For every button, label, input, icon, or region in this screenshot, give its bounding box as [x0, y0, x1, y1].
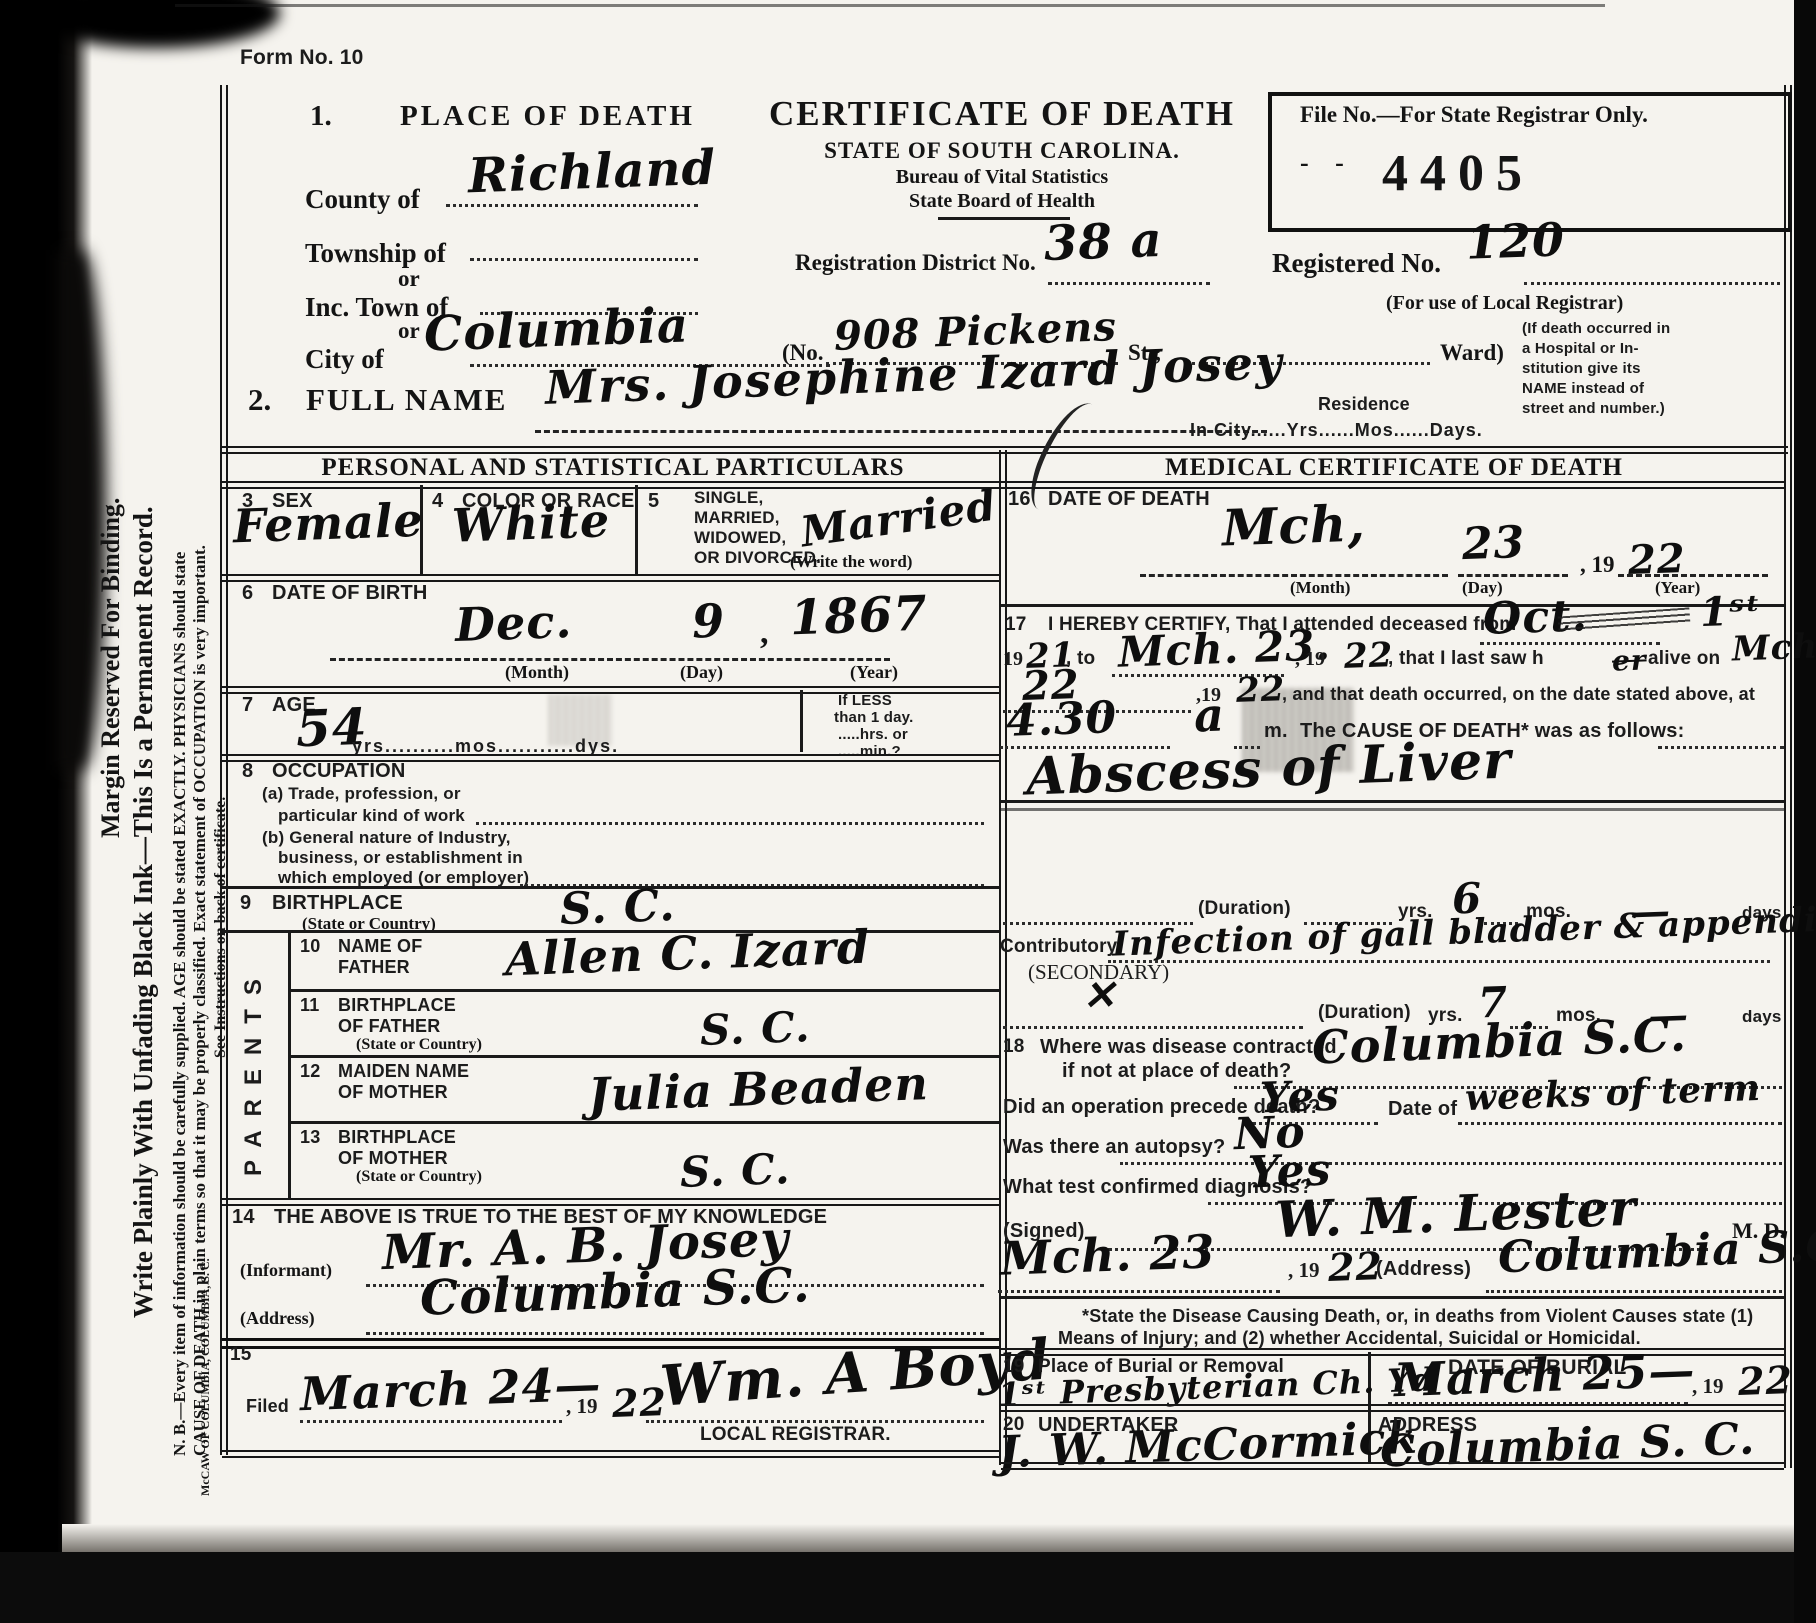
duration1-label: (Duration) [1198, 898, 1291, 920]
father-birthplace-caption: (State or Country) [356, 1036, 482, 1054]
contracted-question-line2: if not at place of death? [1062, 1060, 1291, 1083]
mother-birthplace-number: 13 [300, 1127, 320, 1148]
informant-address-label: (Address) [240, 1308, 315, 1329]
dod-year-leader [1618, 570, 1768, 577]
dob-month-caption: (Month) [505, 662, 569, 683]
scan-edge-bottom-fade [62, 1524, 1796, 1554]
operation-date-label: Date of [1388, 1098, 1457, 1121]
full-name-label: FULL NAME [306, 382, 507, 418]
informant-address-leader [366, 1328, 984, 1335]
occupation-label: OCCUPATION [272, 760, 405, 783]
sex-race-divider [420, 485, 423, 575]
left-column-bottom-rule [222, 1450, 999, 1458]
occupation-b-line1: (b) General nature of Industry, [262, 828, 511, 848]
margin-ink-note: Write Plainly With Unfading Black Ink—Th… [128, 506, 159, 1318]
county-value: Richland [467, 140, 717, 205]
scan-edge-right [1794, 0, 1816, 1623]
father-birthplace-line2: OF FATHER [338, 1016, 440, 1037]
filed-number: 15 [230, 1344, 252, 1366]
hospital-note-line4: NAME instead of [1522, 380, 1644, 397]
dob-day-caption: (Day) [680, 662, 723, 683]
place-of-death-title: PLACE OF DEATH [400, 100, 695, 133]
signed-year-printed: , 19 [1288, 1258, 1320, 1283]
dod-day-leader [1458, 570, 1568, 577]
mother-birthplace-caption: (State or Country) [356, 1168, 482, 1186]
age-less-line1: If LESS [838, 692, 892, 709]
dod-year-caption: (Year) [1655, 578, 1700, 598]
file-number-value: 4405 [1382, 144, 1534, 203]
contributory-leader [1108, 956, 1770, 963]
signed-row-rule [1001, 1296, 1784, 1299]
occupation-a-line1: (a) Trade, profession, or [262, 784, 461, 804]
truth-number: 14 [232, 1206, 255, 1229]
registered-no-value: 120 [1465, 212, 1566, 269]
certificate-title: CERTIFICATE OF DEATH [769, 94, 1235, 134]
father-label-line1: NAME OF [338, 936, 422, 957]
dod-label: DATE OF DEATH [1048, 488, 1210, 511]
sex-value: Female [232, 493, 424, 554]
signature-leader [646, 1416, 984, 1423]
or-2: or [398, 318, 420, 344]
scan-top-line [175, 4, 1605, 7]
dob-comma: , [760, 614, 769, 652]
age-number: 7 [242, 694, 253, 717]
race-value: White [451, 493, 611, 552]
scan-edge-bottom [0, 1552, 1816, 1623]
death-ampm-value: a [1193, 687, 1226, 742]
father-birthplace-line1: BIRTHPLACE [338, 995, 456, 1016]
mother-birthplace-line2: OF MOTHER [338, 1148, 448, 1169]
father-number: 10 [300, 936, 320, 957]
hospital-note-line3: stitution give its [1522, 360, 1641, 377]
burial-year-printed: , 19 [1692, 1374, 1724, 1399]
personal-title-underline [222, 481, 999, 489]
dob-label: DATE OF BIRTH [272, 582, 428, 605]
board-line: State Board of Health [909, 190, 1095, 213]
registered-no-label: Registered No. [1272, 248, 1441, 279]
mother-birthplace-line1: BIRTHPLACE [338, 1127, 456, 1148]
or-1: or [398, 266, 420, 292]
certify-year1-printed: 19 [1003, 648, 1023, 671]
dod-row-rule [1001, 604, 1784, 607]
occupation-number: 8 [242, 760, 253, 783]
city-value: Columbia [423, 297, 690, 362]
dob-year-caption: (Year) [850, 662, 898, 683]
bureau-line: Bureau of Vital Statistics [896, 166, 1108, 189]
contracted-number: 18 [1003, 1036, 1025, 1058]
city-label: City of [305, 344, 384, 375]
dod-day-value: 23 [1461, 517, 1526, 570]
informant-label: (Informant) [240, 1260, 332, 1281]
certify-year2-value: 22 [1343, 635, 1394, 677]
duration2-days-label: days [1742, 1007, 1782, 1027]
signed-address-leader [1486, 1286, 1782, 1293]
mother-label-line1: MAIDEN NAME [338, 1061, 469, 1082]
state-line: STATE OF SOUTH CAROLINA. [824, 138, 1180, 164]
signed-date-leader [998, 1286, 1280, 1293]
father-birthplace-number: 11 [300, 995, 319, 1016]
mother-birthplace-value: S. C. [679, 1144, 791, 1197]
full-name-leader [535, 426, 1267, 433]
footnote-line1: *State the Disease Causing Death, or, in… [1082, 1306, 1753, 1327]
dod-month-caption: (Month) [1290, 578, 1350, 598]
occupation-a-leader [476, 818, 984, 825]
residence-line: In City......Yrs......Mos......Days. [1190, 420, 1483, 441]
parents-inner-divider [288, 930, 291, 1200]
father-rule [288, 989, 999, 992]
hospital-note-line5: street and number.) [1522, 400, 1665, 417]
cause-underline [1001, 800, 1784, 803]
margin-binding-note: Margin Reserved For Binding. [96, 498, 126, 838]
township-leader [470, 254, 698, 261]
certify-year2-printed: , 19 [1295, 648, 1325, 671]
signed-date-value: Mch. 23 [999, 1224, 1216, 1285]
marital-option-single: SINGLE, [694, 488, 763, 508]
death-certificate-scan: Margin Reserved For Binding. Write Plain… [0, 0, 1816, 1623]
mother-label-line2: OF MOTHER [338, 1082, 448, 1103]
residence-label: Residence [1318, 394, 1410, 415]
secondary-scratch-mark: ✕ [1081, 971, 1117, 1019]
full-name-number: 2. [248, 382, 271, 418]
birthplace-number: 9 [240, 892, 251, 915]
contributory-label: Contributory [1000, 936, 1117, 958]
footnote-line2: Means of Injury; and (2) whether Acciden… [1058, 1328, 1641, 1349]
marital-option-widowed: WIDOWED, [694, 528, 786, 548]
cause-leader [1658, 742, 1784, 749]
township-label: Township of [305, 238, 446, 269]
hospital-note-line1: (If death occurred in [1522, 320, 1670, 337]
age-subcell-divider [800, 690, 803, 752]
local-registrar-label: LOCAL REGISTRAR. [700, 1424, 891, 1446]
marital-option-married: MARRIED, [694, 508, 780, 528]
certify-saw-month: Mch [1731, 627, 1816, 670]
dob-day-value: 9 [691, 593, 726, 648]
occupation-a-line2: particular kind of work [278, 806, 465, 826]
birthplace-label: BIRTHPLACE [272, 892, 403, 915]
dod-month-leader [1140, 570, 1448, 577]
dob-month-value: Dec. [454, 594, 573, 652]
dob-number: 6 [242, 582, 253, 605]
ward-label: Ward) [1440, 340, 1504, 366]
father-birthplace-value: S. C. [699, 1002, 811, 1055]
autopsy-leader [1120, 1158, 1782, 1165]
dob-leader [330, 654, 890, 661]
occupation-b-line3: which employed (or employer) [278, 868, 529, 888]
registration-district-leader [1048, 278, 1210, 285]
certify-alive-label: alive on [1648, 648, 1720, 670]
marital-number: 5 [648, 490, 659, 513]
death-time-value: 4.30 [1005, 692, 1118, 747]
dod-year-printed: , 19 [1580, 552, 1615, 578]
registered-no-leader [1524, 278, 1780, 285]
filed-label: Filed [246, 1396, 289, 1417]
duration2-lead-in [1003, 1022, 1303, 1029]
cause-underline-2 [1001, 808, 1784, 811]
race-number: 4 [432, 490, 443, 513]
age-less-line2: than 1 day. [834, 709, 913, 726]
for-use-note: (For use of Local Registrar) [1386, 292, 1623, 315]
marital-row-rule [222, 574, 999, 582]
certify-saw-pronoun: er [1611, 643, 1647, 677]
dod-number: 16 [1008, 488, 1031, 511]
certify-line3-rest: , and that death occurred, on the date s… [1282, 684, 1755, 705]
file-box-label: File No.—For State Registrar Only. [1300, 102, 1648, 128]
medical-section-title: MEDICAL CERTIFICATE OF DEATH [1165, 454, 1623, 482]
registration-district-label: Registration District No. [795, 250, 1036, 276]
burial-bottom-rule [1001, 1404, 1784, 1412]
filed-date-leader [300, 1416, 562, 1423]
autopsy-question: Was there an autopsy? [1003, 1136, 1225, 1159]
certify-number: 17 [1005, 614, 1027, 636]
race-marital-divider [635, 485, 638, 575]
filed-date-value: March 24— [299, 1357, 602, 1421]
dob-year-value: 1867 [789, 586, 928, 647]
burial-year-value: 22 [1737, 1357, 1793, 1404]
operation-date-leader [1458, 1118, 1782, 1125]
place-of-death-number: 1. [310, 100, 332, 133]
registration-district-value: 38 a [1043, 212, 1163, 272]
parents-bottom-rule [222, 1198, 999, 1206]
filed-year-printed: , 19 [566, 1394, 598, 1419]
hospital-note-line2: a Hospital or In- [1522, 340, 1639, 357]
form-number: Form No. 10 [240, 46, 364, 70]
scan-edge-left [0, 0, 92, 1623]
occupation-b-line2: business, or establishment in [278, 848, 523, 868]
dod-month-value: Mch, [1221, 494, 1367, 558]
county-label: County of [305, 184, 420, 215]
certify-line2-rest: , that I last saw h [1388, 648, 1544, 670]
margin-printer-credit: McCAW OF COLUMBIA, COLUMBIA, S. C. [198, 1258, 213, 1496]
file-box-marks: - - [1300, 148, 1354, 178]
personal-section-title: PERSONAL AND STATISTICAL PARTICULARS [321, 454, 904, 482]
mother-r ule [288, 1121, 999, 1124]
right-column-bottom-rule [1001, 1462, 1784, 1470]
father-label-line2: FATHER [338, 957, 410, 978]
signed-address-label: (Address) [1376, 1258, 1471, 1281]
parents-vertical-label: PARENTS [240, 965, 268, 1176]
certify-year3-value: 22 [1235, 669, 1286, 711]
county-leader [446, 200, 698, 207]
margin-nb-line1: N. B.—Every item of information should b… [170, 552, 190, 1456]
mother-number: 12 [300, 1061, 320, 1082]
form-border-left [220, 85, 228, 1455]
contracted-question-line1: Where was disease contracted [1040, 1036, 1337, 1059]
age-less-line3: .....hrs. or [838, 726, 908, 743]
